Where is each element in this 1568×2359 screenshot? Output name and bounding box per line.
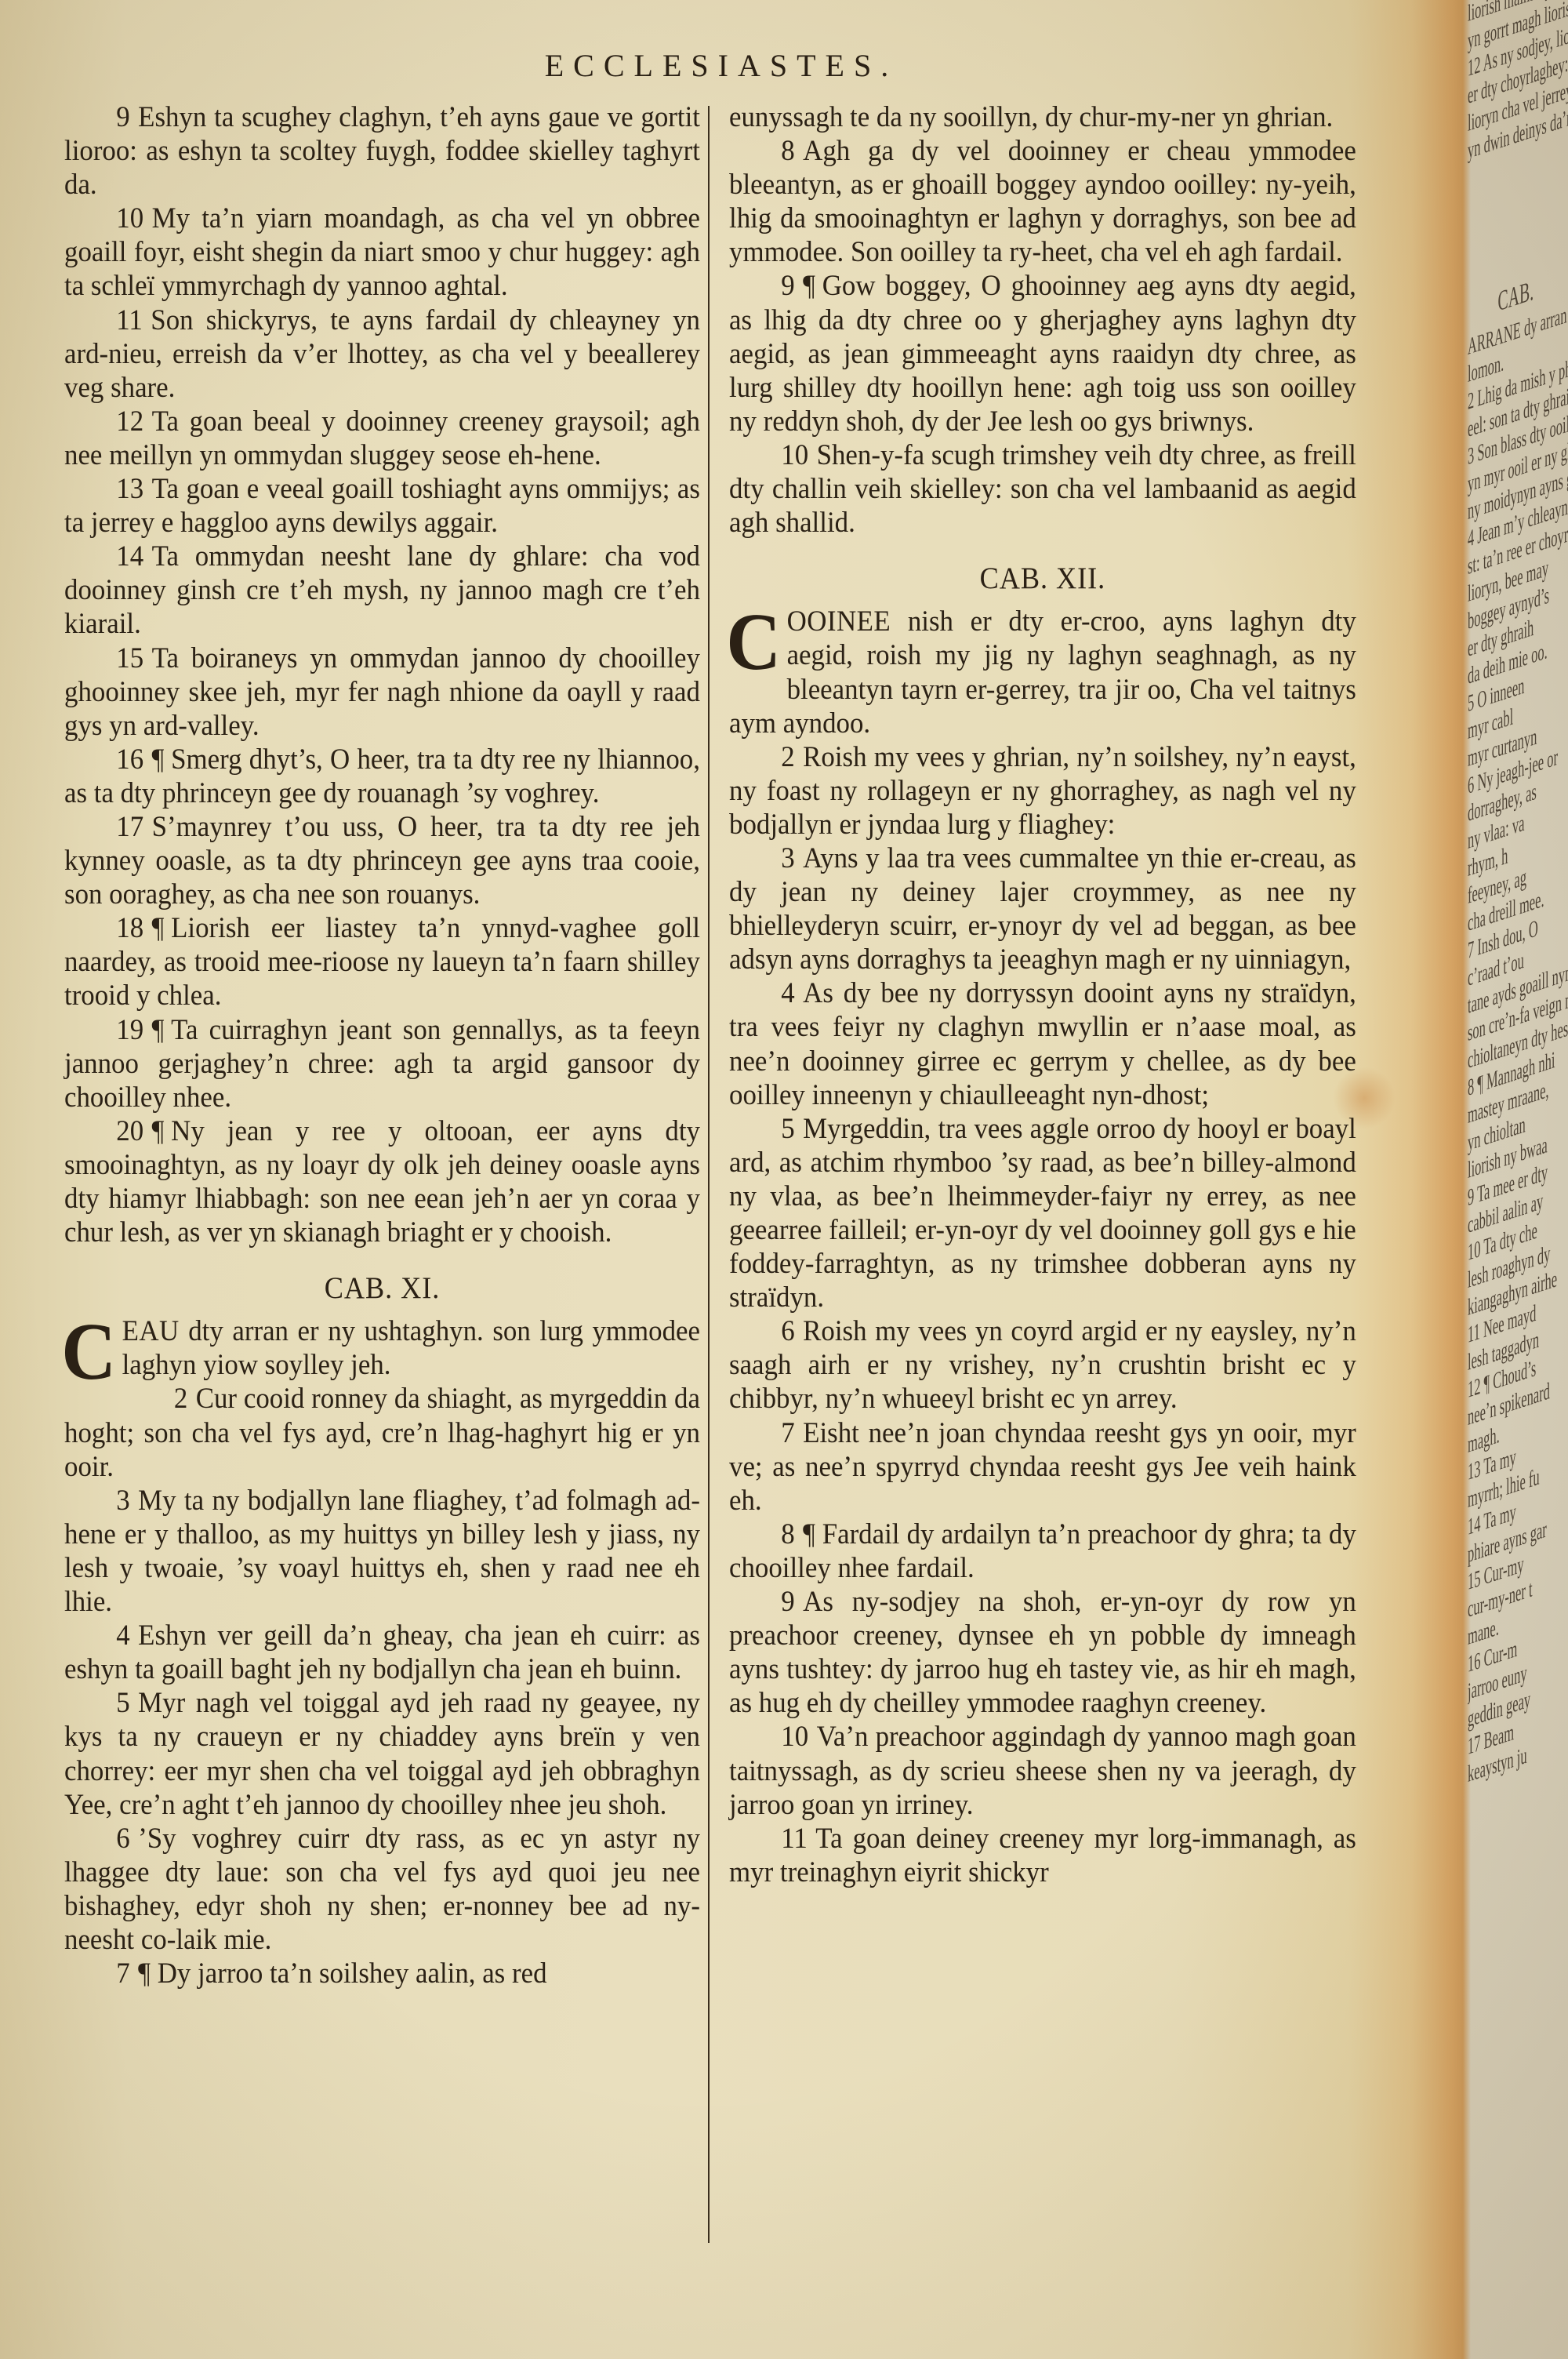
- verse-7: 7¶Dy jarroo ta’n soilshey aalin, as red: [64, 1957, 700, 1990]
- verse-text: Ayns y laa tra vees cummaltee yn thie er…: [729, 842, 1356, 976]
- verse-10: 10Va’n preachoor aggindagh dy yannoo mag…: [729, 1720, 1356, 1821]
- verse-number: 3: [781, 842, 794, 874]
- verse-number: 10: [781, 439, 808, 471]
- verse-18: 18¶Liorish eer liastey ta’n ynnyd-vaghee…: [64, 911, 700, 1012]
- verse-number: 16: [116, 743, 143, 776]
- verse-number: 8: [781, 135, 794, 167]
- verse-text: ’Sy voghrey cuirr dty rass, as ec yn ast…: [64, 1823, 700, 1956]
- drop-cap-continuation: EAU: [122, 1315, 180, 1347]
- verse-number: 4: [781, 977, 794, 1009]
- pilcrow-icon: ¶: [138, 1957, 151, 1990]
- verse-number: 11: [116, 304, 143, 336]
- running-head: ECCLESIASTES.: [517, 47, 925, 84]
- verse-text: My ta’n yiarn moandagh, as cha vel yn ob…: [64, 202, 700, 302]
- verse-11: 11Ta goan deiney creeney myr lorg-immana…: [729, 1822, 1356, 1889]
- verse-number: 12: [116, 405, 143, 438]
- verse-text: Eshyn ver geill da’n gheay, cha jean eh …: [64, 1619, 700, 1685]
- verse-text: Roish my vees y ghrian, ny’n soilshey, n…: [729, 741, 1356, 841]
- continuation-text: eunyssagh te da ny sooillyn, dy chur-my-…: [729, 100, 1356, 134]
- pilcrow-icon: ¶: [152, 743, 165, 776]
- verse-6: 6Roish my vees yn coyrd argid er ny eays…: [729, 1314, 1356, 1416]
- verse-text: Agh ga dy vel dooinney er cheau ymmodee …: [729, 135, 1356, 268]
- verse-number: 6: [781, 1315, 794, 1347]
- verse-9: 9¶Gow boggey, O ghooinney aeg ayns dty a…: [729, 269, 1356, 438]
- verse-text: Fardail dy ardailyn ta’n preachoor dy gh…: [729, 1518, 1356, 1584]
- verse-text: Ta boiraneys yn ommydan jannoo dy chooil…: [64, 642, 700, 742]
- verse-text: Ta ommydan neesht lane dy ghlare: cha vo…: [64, 540, 700, 640]
- verse-4: 4As dy bee ny dorryssyn dooint ayns ny s…: [729, 976, 1356, 1111]
- verse-text: As ny-sodjey na shoh, er-yn-oyr dy row y…: [729, 1586, 1356, 1719]
- next-page-fragment: liorish mainshtyryn gorrt magh liorish12…: [1468, 0, 1568, 2359]
- verse-text: Son shickyrys, te ayns fardail dy chleay…: [64, 304, 700, 404]
- verse-text: Myr nagh vel toiggal ayd jeh raad ny gea…: [64, 1687, 700, 1820]
- verse-number: 9: [781, 1586, 794, 1618]
- verse-4: 4Eshyn ver geill da’n gheay, cha jean eh…: [64, 1619, 700, 1686]
- verse-17: 17S’maynrey t’ou uss, O heer, tra ta dty…: [64, 810, 700, 911]
- verse-text: Ta goan deiney creeney myr lorg-immanagh…: [729, 1823, 1356, 1888]
- chapter-heading-xii: CAB. XII.: [729, 562, 1356, 595]
- verse-9: 9As ny-sodjey na shoh, er-yn-oyr dy row …: [729, 1585, 1356, 1720]
- verse-number: 2: [174, 1383, 187, 1415]
- verse-text: My ta ny bodjallyn lane fliaghey, t’ad f…: [64, 1485, 700, 1618]
- verse-number: 9: [781, 270, 794, 302]
- verse-6: 6’Sy voghrey cuirr dty rass, as ec yn as…: [64, 1822, 700, 1957]
- right-verses-after: 2Roish my vees y ghrian, ny’n soilshey, …: [729, 740, 1356, 1889]
- drop-cap: C: [61, 1319, 116, 1385]
- verse-13: 13Ta goan e veeal goaill toshiaght ayns …: [64, 472, 700, 540]
- verse-text: Ta goan e veeal goaill toshiaght ayns om…: [64, 473, 700, 539]
- verse-5: 5Myr nagh vel toiggal ayd jeh raad ny ge…: [64, 1686, 700, 1821]
- verse-text: Cur cooid ronney da shiaght, as myrgeddi…: [64, 1383, 700, 1482]
- verse-number: 13: [116, 473, 143, 505]
- verse-number: 17: [116, 811, 143, 843]
- verse-7: 7Eisht nee’n joan chyndaa reesht gys yn …: [729, 1416, 1356, 1518]
- verse-2: 2Cur cooid ronney da shiaght, as myrgedd…: [64, 1382, 700, 1483]
- right-column: eunyssagh te da ny sooillyn, dy chur-my-…: [729, 100, 1356, 1889]
- verse-number: 10: [116, 202, 143, 234]
- verse-5: 5Myrgeddin, tra vees aggle orroo dy hooy…: [729, 1112, 1356, 1315]
- verse-11: 11Son shickyrys, te ayns fardail dy chle…: [64, 304, 700, 405]
- verse-text: As dy bee ny dorryssyn dooint ayns ny st…: [729, 977, 1356, 1110]
- verse-12: 12Ta goan beeal y dooinney creeney grays…: [64, 405, 700, 472]
- verse-number: 2: [781, 741, 794, 773]
- chapter-xi-verse-1: CEAU dty arran er ny ushtaghyn. son lurg…: [64, 1314, 700, 1382]
- verse-16: 16¶Smerg dhyt’s, O heer, tra ta dty ree …: [64, 743, 700, 810]
- verse-number: 14: [116, 540, 143, 572]
- next-page-text: liorish mainshtyryn gorrt magh liorish12…: [1468, 0, 1568, 1788]
- verse-19: 19¶Ta cuirraghyn jeant son gennallys, as…: [64, 1013, 700, 1114]
- verse-3: 3Ayns y laa tra vees cummaltee yn thie e…: [729, 841, 1356, 976]
- chapter-heading-xi: CAB. XI.: [64, 1271, 700, 1305]
- verse-text: Va’n preachoor aggindagh dy yannoo magh …: [729, 1721, 1356, 1820]
- verse-2: 2Roish my vees y ghrian, ny’n soilshey, …: [729, 740, 1356, 841]
- verse-number: 5: [781, 1113, 794, 1145]
- verse-number: 19: [116, 1014, 143, 1046]
- verse-3: 3My ta ny bodjallyn lane fliaghey, t’ad …: [64, 1484, 700, 1619]
- verse-14: 14Ta ommydan neesht lane dy ghlare: cha …: [64, 540, 700, 641]
- column-divider: [708, 106, 710, 2243]
- verse-number: 18: [116, 912, 143, 944]
- verse-number: 3: [116, 1485, 129, 1517]
- left-verses-before: 9Eshyn ta scughey claghyn, t’eh ayns gau…: [64, 100, 700, 1249]
- verse-10: 10Shen-y-fa scugh trimshey veih dty chre…: [729, 438, 1356, 540]
- verse-text: Myrgeddin, tra vees aggle orroo dy hooyl…: [729, 1113, 1356, 1314]
- verse-text: Eshyn ta scughey claghyn, t’eh ayns gaue…: [64, 101, 700, 201]
- pilcrow-icon: ¶: [152, 912, 165, 944]
- verse-number: 9: [116, 101, 129, 133]
- verse-text: Ta goan beeal y dooinney creeney graysoi…: [64, 405, 700, 471]
- pilcrow-icon: ¶: [152, 1014, 165, 1046]
- verse-text: S’maynrey t’ou uss, O heer, tra ta dty r…: [64, 811, 700, 911]
- verse-9: 9Eshyn ta scughey claghyn, t’eh ayns gau…: [64, 100, 700, 202]
- verse-number: 8: [781, 1518, 794, 1550]
- verse-number: 7: [116, 1957, 129, 1990]
- verse-20: 20¶Ny jean y ree y oltooan, eer ayns dty…: [64, 1114, 700, 1249]
- verse-number: 10: [781, 1721, 808, 1753]
- verse-number: 20: [116, 1115, 143, 1147]
- verse-10: 10My ta’n yiarn moandagh, as cha vel yn …: [64, 202, 700, 303]
- verse-text: Eisht nee’n joan chyndaa reesht gys yn o…: [729, 1417, 1356, 1517]
- verse-8: 8¶Fardail dy ardailyn ta’n preachoor dy …: [729, 1518, 1356, 1585]
- right-verses-before: 8Agh ga dy vel dooinney er cheau ymmodee…: [729, 134, 1356, 540]
- verse-text: Shen-y-fa scugh trimshey veih dty chree,…: [729, 439, 1356, 539]
- chapter-xii-verse-1: COOINEE nish er dty er-croo, ayns laghyn…: [729, 605, 1356, 740]
- verse-number: 5: [116, 1687, 129, 1719]
- drop-cap-continuation: OOINEE: [787, 605, 891, 638]
- verse-number: 4: [116, 1619, 129, 1652]
- pilcrow-icon: ¶: [803, 1518, 815, 1550]
- verse-text: Gow boggey, O ghooinney aeg ayns dty aeg…: [729, 270, 1356, 437]
- pilcrow-icon: ¶: [152, 1115, 165, 1147]
- verse-number: 6: [116, 1823, 129, 1855]
- verse-text: Roish my vees yn coyrd argid er ny eaysl…: [729, 1315, 1356, 1415]
- drop-cap: C: [726, 609, 781, 675]
- verse-number: 11: [781, 1823, 808, 1855]
- verse-number: 15: [116, 642, 143, 674]
- left-column: 9Eshyn ta scughey claghyn, t’eh ayns gau…: [64, 100, 700, 1990]
- verse-number: 7: [781, 1417, 794, 1449]
- verse-text: Dy jarroo ta’n soilshey aalin, as red: [158, 1957, 547, 1990]
- verse-15: 15Ta boiraneys yn ommydan jannoo dy choo…: [64, 642, 700, 743]
- verse-text: dty arran er ny ushtaghyn. son lurg ymmo…: [122, 1315, 700, 1381]
- verse-8: 8Agh ga dy vel dooinney er cheau ymmodee…: [729, 134, 1356, 269]
- left-verses-after: 2Cur cooid ronney da shiaght, as myrgedd…: [64, 1382, 700, 1990]
- pilcrow-icon: ¶: [803, 270, 815, 302]
